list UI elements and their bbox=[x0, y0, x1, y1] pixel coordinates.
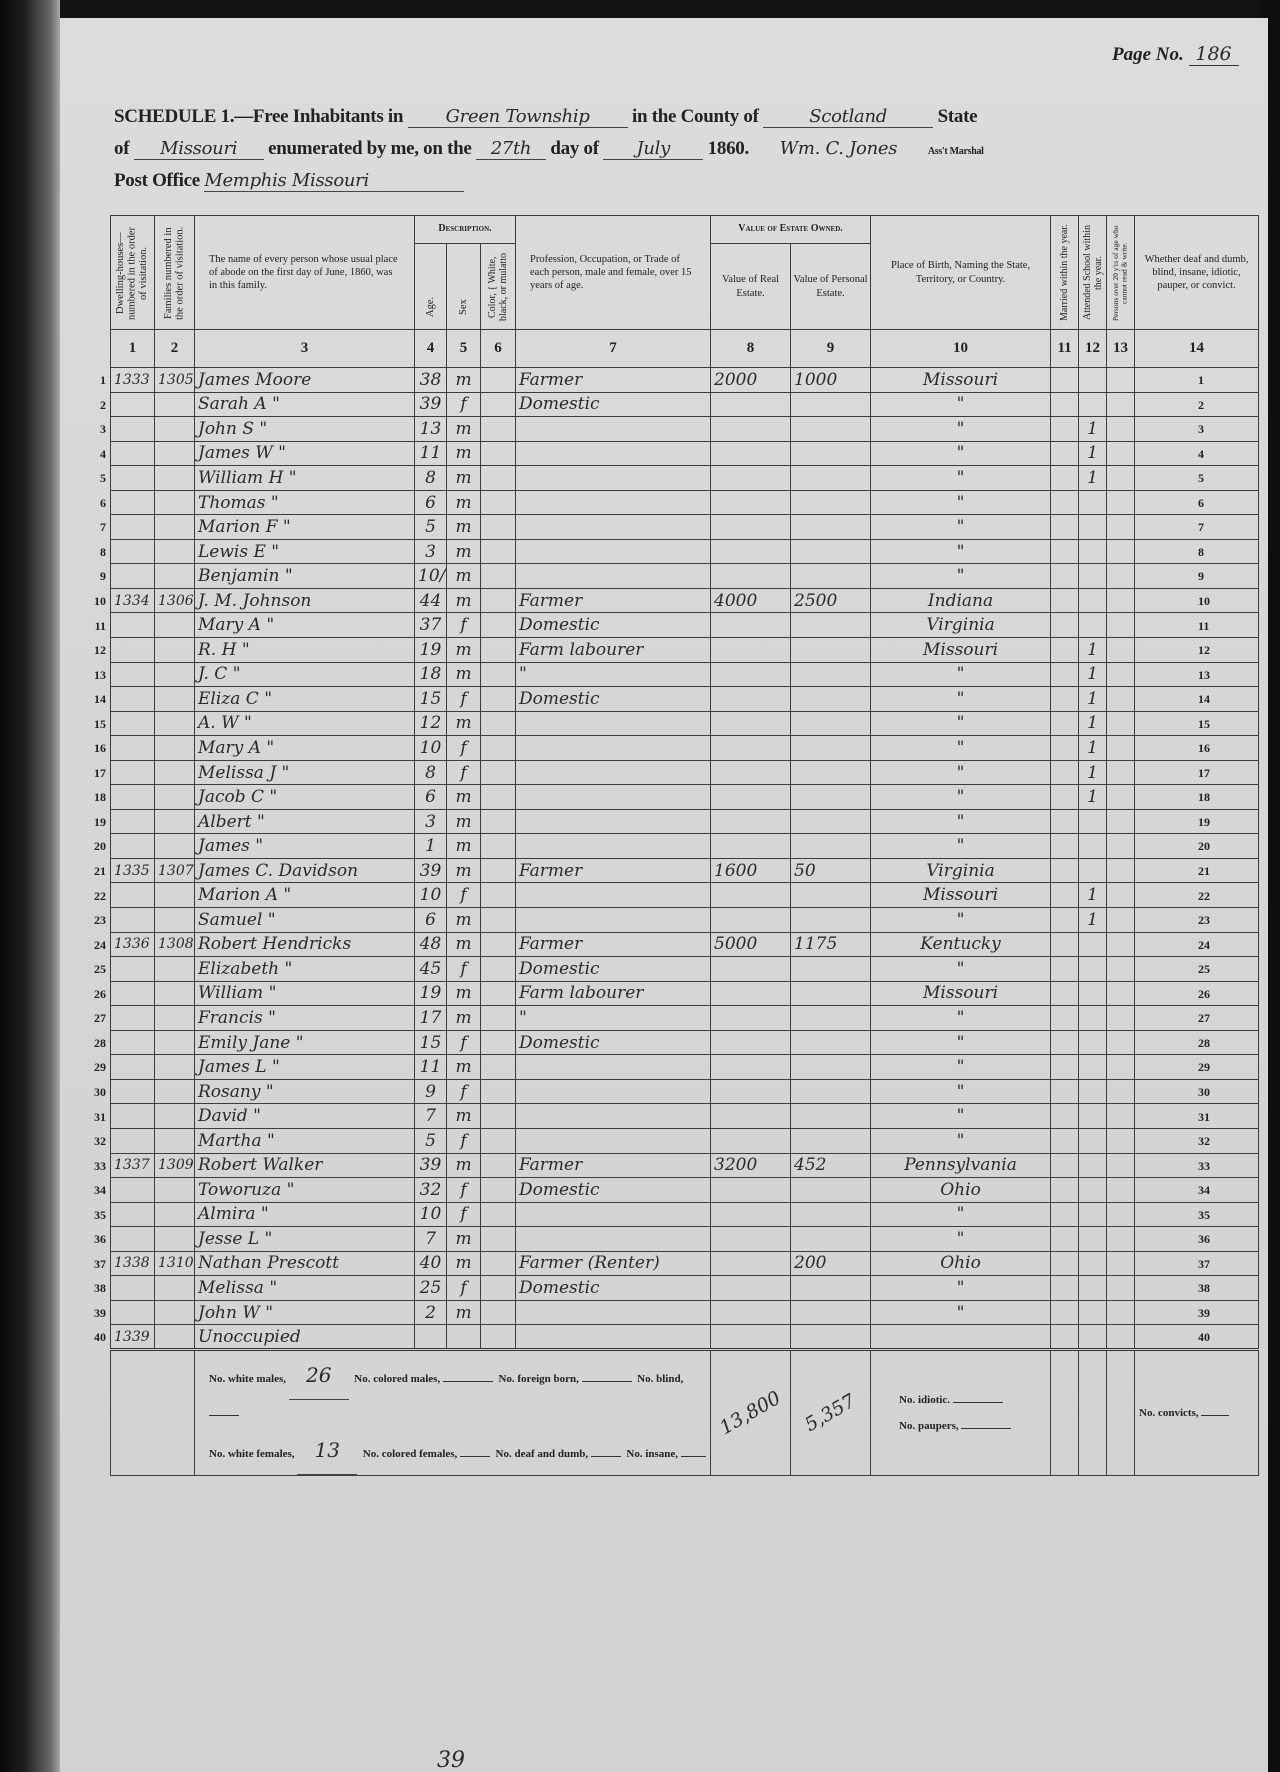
dwelling-number bbox=[111, 392, 155, 417]
infirmities bbox=[1135, 785, 1259, 810]
married-within-year bbox=[1051, 515, 1079, 540]
person-occupation bbox=[516, 1128, 711, 1153]
real-estate-value bbox=[711, 1178, 791, 1203]
married-within-year bbox=[1051, 417, 1079, 442]
person-name: Marion F " bbox=[195, 515, 415, 540]
summary-row: No. white males, 26 No. colored males, N… bbox=[111, 1349, 1259, 1475]
personal-estate-value: 1175 bbox=[791, 932, 871, 957]
person-occupation: " bbox=[516, 1006, 711, 1031]
colored-males-blank bbox=[443, 1381, 493, 1382]
person-sex: m bbox=[447, 1300, 481, 1325]
birthplace: " bbox=[871, 490, 1051, 515]
person-color bbox=[481, 809, 516, 834]
person-sex: m bbox=[447, 785, 481, 810]
person-age: 39 bbox=[415, 1153, 447, 1178]
married-within-year bbox=[1051, 564, 1079, 589]
column-number: 9 bbox=[791, 330, 871, 368]
person-sex: m bbox=[447, 662, 481, 687]
convicts-blank bbox=[1201, 1415, 1229, 1416]
infirmities bbox=[1135, 613, 1259, 638]
infirmities bbox=[1135, 466, 1259, 491]
person-age: 1 bbox=[415, 834, 447, 859]
table-row: Albert "3m" bbox=[111, 809, 1259, 834]
day-of-label: day of bbox=[550, 138, 598, 159]
cannot-read-write bbox=[1107, 1030, 1135, 1055]
person-age: 5 bbox=[415, 1128, 447, 1153]
row-number-right: 11 bbox=[1198, 619, 1226, 634]
person-occupation bbox=[516, 785, 711, 810]
cannot-read-write bbox=[1107, 392, 1135, 417]
header-illiterate: Persons over 20 y'rs of age who cannot r… bbox=[1107, 216, 1135, 330]
married-within-year bbox=[1051, 1104, 1079, 1129]
infirmities bbox=[1135, 1227, 1259, 1252]
table-row: A. W "12m"1 bbox=[111, 711, 1259, 736]
real-estate-value bbox=[711, 736, 791, 761]
person-age: 3 bbox=[415, 539, 447, 564]
person-color bbox=[481, 1128, 516, 1153]
row-number-right: 33 bbox=[1198, 1159, 1226, 1174]
real-estate-value bbox=[711, 1079, 791, 1104]
person-color bbox=[481, 1153, 516, 1178]
person-name: Mary A " bbox=[195, 736, 415, 761]
dwelling-number: 1337 bbox=[111, 1153, 155, 1178]
dwelling-number bbox=[111, 417, 155, 442]
white-males-value: 26 bbox=[289, 1351, 349, 1400]
cannot-read-write bbox=[1107, 1325, 1135, 1350]
real-estate-value bbox=[711, 638, 791, 663]
header-dwelling: Dwelling-houses—numbered in the order of… bbox=[111, 216, 155, 330]
birthplace bbox=[871, 1325, 1051, 1350]
person-sex bbox=[447, 1325, 481, 1350]
attended-school bbox=[1079, 1325, 1107, 1350]
attended-school bbox=[1079, 1079, 1107, 1104]
table-row: Melissa "25fDomestic" bbox=[111, 1276, 1259, 1301]
birthplace: " bbox=[871, 736, 1051, 761]
attended-school: 1 bbox=[1079, 908, 1107, 933]
real-estate-value bbox=[711, 908, 791, 933]
row-number-left: 12 bbox=[78, 643, 106, 658]
dwelling-number bbox=[111, 1030, 155, 1055]
birthplace: " bbox=[871, 515, 1051, 540]
summary-c13 bbox=[1107, 1349, 1135, 1475]
married-within-year bbox=[1051, 760, 1079, 785]
family-number: 1306 bbox=[155, 588, 195, 613]
dwelling-number bbox=[111, 957, 155, 982]
married-within-year bbox=[1051, 613, 1079, 638]
attended-school bbox=[1079, 392, 1107, 417]
married-within-year bbox=[1051, 932, 1079, 957]
person-name: James L " bbox=[195, 1055, 415, 1080]
personal-estate-value bbox=[791, 564, 871, 589]
table-row: Melissa J "8f"1 bbox=[111, 760, 1259, 785]
person-color bbox=[481, 417, 516, 442]
family-number bbox=[155, 883, 195, 908]
dwelling-number bbox=[111, 1300, 155, 1325]
married-within-year bbox=[1051, 1006, 1079, 1031]
attended-school bbox=[1079, 1276, 1107, 1301]
person-name: John S " bbox=[195, 417, 415, 442]
person-occupation bbox=[516, 1227, 711, 1252]
header-description: Description. bbox=[415, 216, 516, 244]
person-color bbox=[481, 539, 516, 564]
infirmities bbox=[1135, 441, 1259, 466]
person-sex: m bbox=[447, 834, 481, 859]
person-color bbox=[481, 1178, 516, 1203]
person-age: 45 bbox=[415, 957, 447, 982]
person-sex: f bbox=[447, 883, 481, 908]
dwelling-number bbox=[111, 1276, 155, 1301]
deaf-dumb-blank bbox=[591, 1456, 621, 1457]
birthplace: " bbox=[871, 392, 1051, 417]
white-females-label: No. white females, bbox=[209, 1448, 295, 1460]
table-row: James "1m" bbox=[111, 834, 1259, 859]
person-color bbox=[481, 515, 516, 540]
dwelling-number: 1334 bbox=[111, 588, 155, 613]
personal-estate-value bbox=[791, 957, 871, 982]
table-row: Samuel "6m"1 bbox=[111, 908, 1259, 933]
birthplace: " bbox=[871, 1128, 1051, 1153]
row-number-left: 11 bbox=[78, 619, 106, 634]
row-number-right: 40 bbox=[1198, 1330, 1226, 1345]
person-age: 10/12 bbox=[415, 564, 447, 589]
infirmities bbox=[1135, 662, 1259, 687]
person-occupation bbox=[516, 1300, 711, 1325]
state-label: State bbox=[938, 106, 978, 127]
table-row: 13361308Robert Hendricks48mFarmer5000117… bbox=[111, 932, 1259, 957]
infirmities bbox=[1135, 1276, 1259, 1301]
infirmities bbox=[1135, 392, 1259, 417]
person-sex: m bbox=[447, 908, 481, 933]
real-estate-value bbox=[711, 662, 791, 687]
white-males-label: No. white males, bbox=[209, 1373, 286, 1385]
person-name: Melissa " bbox=[195, 1276, 415, 1301]
attended-school: 1 bbox=[1079, 736, 1107, 761]
person-sex: m bbox=[447, 638, 481, 663]
birthplace: Ohio bbox=[871, 1178, 1051, 1203]
census-table: Dwelling-houses—numbered in the order of… bbox=[110, 215, 1178, 1476]
real-estate-value: 3200 bbox=[711, 1153, 791, 1178]
person-age: 11 bbox=[415, 1055, 447, 1080]
family-number bbox=[155, 760, 195, 785]
table-row: 13331305James Moore38mFarmer20001000Miss… bbox=[111, 368, 1259, 393]
real-estate-value bbox=[711, 564, 791, 589]
family-number bbox=[155, 638, 195, 663]
dwelling-number bbox=[111, 1055, 155, 1080]
infirmities bbox=[1135, 908, 1259, 933]
person-name: Emily Jane " bbox=[195, 1030, 415, 1055]
attended-school bbox=[1079, 809, 1107, 834]
attended-school bbox=[1079, 1055, 1107, 1080]
real-estate-value bbox=[711, 1030, 791, 1055]
married-within-year bbox=[1051, 883, 1079, 908]
table-row: John S "13m"1 bbox=[111, 417, 1259, 442]
person-age: 40 bbox=[415, 1251, 447, 1276]
person-color bbox=[481, 1202, 516, 1227]
personal-estate-value bbox=[791, 417, 871, 442]
row-number-right: 37 bbox=[1198, 1257, 1226, 1272]
row-number-left: 19 bbox=[78, 815, 106, 830]
person-color bbox=[481, 1006, 516, 1031]
cannot-read-write bbox=[1107, 1251, 1135, 1276]
cannot-read-write bbox=[1107, 490, 1135, 515]
birthplace: " bbox=[871, 1227, 1051, 1252]
person-sex: m bbox=[447, 466, 481, 491]
person-occupation bbox=[516, 711, 711, 736]
colored-females-label: No. colored females, bbox=[363, 1448, 458, 1460]
row-number-right: 31 bbox=[1198, 1110, 1226, 1125]
person-name: Thomas " bbox=[195, 490, 415, 515]
person-color bbox=[481, 834, 516, 859]
married-within-year bbox=[1051, 1227, 1079, 1252]
row-number-right: 22 bbox=[1198, 889, 1226, 904]
real-estate-value bbox=[711, 1202, 791, 1227]
person-sex: m bbox=[447, 588, 481, 613]
row-number-right: 21 bbox=[1198, 864, 1226, 879]
person-occupation bbox=[516, 1079, 711, 1104]
cannot-read-write bbox=[1107, 1104, 1135, 1129]
person-occupation: Domestic bbox=[516, 1178, 711, 1203]
dwelling-number bbox=[111, 1202, 155, 1227]
person-color bbox=[481, 760, 516, 785]
personal-estate-value bbox=[791, 441, 871, 466]
row-number-left: 28 bbox=[78, 1036, 106, 1051]
personal-estate-value: 50 bbox=[791, 858, 871, 883]
paupers-blank bbox=[961, 1428, 1011, 1429]
post-office-line: Post Office Memphis Missouri bbox=[114, 170, 464, 192]
family-number bbox=[155, 1030, 195, 1055]
person-sex: m bbox=[447, 490, 481, 515]
person-sex: f bbox=[447, 1178, 481, 1203]
person-age: 38 bbox=[415, 368, 447, 393]
married-within-year bbox=[1051, 1325, 1079, 1350]
header-infirmities: Whether deaf and dumb, blind, insane, id… bbox=[1135, 216, 1259, 330]
dwelling-number bbox=[111, 1104, 155, 1129]
attended-school: 1 bbox=[1079, 441, 1107, 466]
white-females-value: 13 bbox=[297, 1426, 357, 1475]
person-age: 7 bbox=[415, 1227, 447, 1252]
real-estate-value: 5000 bbox=[711, 932, 791, 957]
birthplace: Missouri bbox=[871, 638, 1051, 663]
personal-estate-value bbox=[791, 1006, 871, 1031]
column-number: 13 bbox=[1107, 330, 1135, 368]
day-value: 27th bbox=[476, 138, 546, 160]
real-estate-value bbox=[711, 1104, 791, 1129]
dwelling-number bbox=[111, 613, 155, 638]
married-within-year bbox=[1051, 858, 1079, 883]
cannot-read-write bbox=[1107, 1079, 1135, 1104]
birthplace: " bbox=[871, 785, 1051, 810]
idiotic-paupers-cell: No. idiotic. No. paupers, bbox=[871, 1349, 1051, 1475]
infirmities bbox=[1135, 687, 1259, 712]
birthplace: Virginia bbox=[871, 858, 1051, 883]
attended-school bbox=[1079, 1030, 1107, 1055]
header-school: Attended School within the year. bbox=[1079, 216, 1107, 330]
attended-school bbox=[1079, 564, 1107, 589]
family-number bbox=[155, 662, 195, 687]
attended-school bbox=[1079, 957, 1107, 982]
attended-school bbox=[1079, 858, 1107, 883]
person-name: Samuel " bbox=[195, 908, 415, 933]
cannot-read-write bbox=[1107, 441, 1135, 466]
birthplace: Missouri bbox=[871, 368, 1051, 393]
header-family: Families numbered in the order of visita… bbox=[155, 216, 195, 330]
personal-estate-value bbox=[791, 1227, 871, 1252]
row-number-left: 23 bbox=[78, 913, 106, 928]
person-age: 18 bbox=[415, 662, 447, 687]
page-number-value: 186 bbox=[1189, 43, 1239, 66]
person-color bbox=[481, 1325, 516, 1350]
dwelling-number: 1338 bbox=[111, 1251, 155, 1276]
married-within-year bbox=[1051, 834, 1079, 859]
attended-school bbox=[1079, 1104, 1107, 1129]
dwelling-number bbox=[111, 539, 155, 564]
row-number-left: 14 bbox=[78, 692, 106, 707]
attended-school: 1 bbox=[1079, 466, 1107, 491]
person-age: 39 bbox=[415, 392, 447, 417]
birthplace: Kentucky bbox=[871, 932, 1051, 957]
row-number-right: 23 bbox=[1198, 913, 1226, 928]
personal-estate-value bbox=[791, 1079, 871, 1104]
table-row: James L "11m" bbox=[111, 1055, 1259, 1080]
row-number-left: 40 bbox=[78, 1330, 106, 1345]
row-number-left: 20 bbox=[78, 839, 106, 854]
family-number bbox=[155, 809, 195, 834]
cannot-read-write bbox=[1107, 613, 1135, 638]
table-row: William "19mFarm labourerMissouri bbox=[111, 981, 1259, 1006]
person-sex: m bbox=[447, 441, 481, 466]
person-occupation bbox=[516, 490, 711, 515]
person-name: James " bbox=[195, 834, 415, 859]
dwelling-number: 1339 bbox=[111, 1325, 155, 1350]
personal-estate-value bbox=[791, 687, 871, 712]
blind-blank bbox=[209, 1415, 239, 1416]
dwelling-number: 1335 bbox=[111, 858, 155, 883]
person-color bbox=[481, 392, 516, 417]
infirmities bbox=[1135, 564, 1259, 589]
person-name: R. H " bbox=[195, 638, 415, 663]
summary-c12 bbox=[1079, 1349, 1107, 1475]
dwelling-number bbox=[111, 1227, 155, 1252]
header-name: The name of every person whose usual pla… bbox=[195, 216, 415, 330]
person-sex: m bbox=[447, 932, 481, 957]
row-number-left: 34 bbox=[78, 1183, 106, 1198]
person-name: A. W " bbox=[195, 711, 415, 736]
person-sex: f bbox=[447, 760, 481, 785]
real-estate-value bbox=[711, 1325, 791, 1350]
married-within-year bbox=[1051, 1251, 1079, 1276]
infirmities bbox=[1135, 957, 1259, 982]
person-name: Marion A " bbox=[195, 883, 415, 908]
colored-males-label: No. colored males, bbox=[354, 1373, 440, 1385]
real-estate-value bbox=[711, 760, 791, 785]
married-within-year bbox=[1051, 539, 1079, 564]
person-color bbox=[481, 1251, 516, 1276]
personal-estate-value bbox=[791, 908, 871, 933]
personal-estate-value bbox=[791, 1300, 871, 1325]
person-age: 15 bbox=[415, 687, 447, 712]
married-within-year bbox=[1051, 1128, 1079, 1153]
person-name: Nathan Prescott bbox=[195, 1251, 415, 1276]
personal-estate-value: 452 bbox=[791, 1153, 871, 1178]
person-sex: f bbox=[447, 1079, 481, 1104]
dwelling-number bbox=[111, 981, 155, 1006]
person-age: 44 bbox=[415, 588, 447, 613]
person-name: Lewis E " bbox=[195, 539, 415, 564]
row-number-right: 10 bbox=[1198, 594, 1226, 609]
real-estate-value bbox=[711, 539, 791, 564]
dwelling-number bbox=[111, 760, 155, 785]
person-color bbox=[481, 1055, 516, 1080]
person-sex: m bbox=[447, 809, 481, 834]
table-row: Francis "17m"" bbox=[111, 1006, 1259, 1031]
post-office-label: Post Office bbox=[114, 170, 200, 191]
person-age: 19 bbox=[415, 638, 447, 663]
person-age: 3 bbox=[415, 809, 447, 834]
table-row: Rosany "9f" bbox=[111, 1079, 1259, 1104]
scan-border-left bbox=[0, 0, 60, 1772]
person-age: 32 bbox=[415, 1178, 447, 1203]
person-name: Albert " bbox=[195, 809, 415, 834]
real-estate-total-cell: 13,800 bbox=[711, 1349, 791, 1475]
family-number bbox=[155, 417, 195, 442]
attended-school bbox=[1079, 613, 1107, 638]
infirmities bbox=[1135, 1128, 1259, 1153]
personal-estate-value bbox=[791, 1128, 871, 1153]
person-sex: m bbox=[447, 981, 481, 1006]
cannot-read-write bbox=[1107, 883, 1135, 908]
census-rows: 13331305James Moore38mFarmer20001000Miss… bbox=[111, 368, 1259, 1350]
person-occupation: Domestic bbox=[516, 1276, 711, 1301]
row-number-left: 33 bbox=[78, 1159, 106, 1174]
header-color: Color, { White, black, or mulatto bbox=[481, 244, 516, 330]
row-number-right: 3 bbox=[1198, 422, 1226, 437]
family-number: 1309 bbox=[155, 1153, 195, 1178]
person-color bbox=[481, 957, 516, 982]
personal-estate-value bbox=[791, 539, 871, 564]
summary-counts: No. white males, 26 No. colored males, N… bbox=[195, 1349, 711, 1475]
header-personal-estate: Value of Personal Estate. bbox=[791, 244, 871, 330]
infirmities bbox=[1135, 1006, 1259, 1031]
family-number bbox=[155, 1079, 195, 1104]
header-sex: Sex bbox=[447, 244, 481, 330]
table-row: 13351307James C. Davidson39mFarmer160050… bbox=[111, 858, 1259, 883]
insane-blank bbox=[681, 1456, 706, 1457]
row-number-left: 5 bbox=[78, 471, 106, 486]
married-within-year bbox=[1051, 687, 1079, 712]
married-within-year bbox=[1051, 466, 1079, 491]
table-row: Jacob C "6m"1 bbox=[111, 785, 1259, 810]
married-within-year bbox=[1051, 1202, 1079, 1227]
personal-estate-value bbox=[791, 981, 871, 1006]
row-number-right: 18 bbox=[1198, 790, 1226, 805]
row-number-right: 13 bbox=[1198, 668, 1226, 683]
attended-school bbox=[1079, 539, 1107, 564]
person-sex: m bbox=[447, 711, 481, 736]
state-value: Missouri bbox=[134, 138, 264, 160]
infirmities bbox=[1135, 736, 1259, 761]
row-number-right: 35 bbox=[1198, 1208, 1226, 1223]
row-number-left: 7 bbox=[78, 520, 106, 535]
personal-estate-value bbox=[791, 490, 871, 515]
dwelling-number bbox=[111, 490, 155, 515]
birthplace: " bbox=[871, 687, 1051, 712]
person-age: 39 bbox=[415, 858, 447, 883]
person-sex: m bbox=[447, 1055, 481, 1080]
birthplace: " bbox=[871, 908, 1051, 933]
real-estate-value bbox=[711, 687, 791, 712]
marshal-label: Ass't Marshal bbox=[928, 146, 984, 157]
person-name: Unoccupied bbox=[195, 1325, 415, 1350]
